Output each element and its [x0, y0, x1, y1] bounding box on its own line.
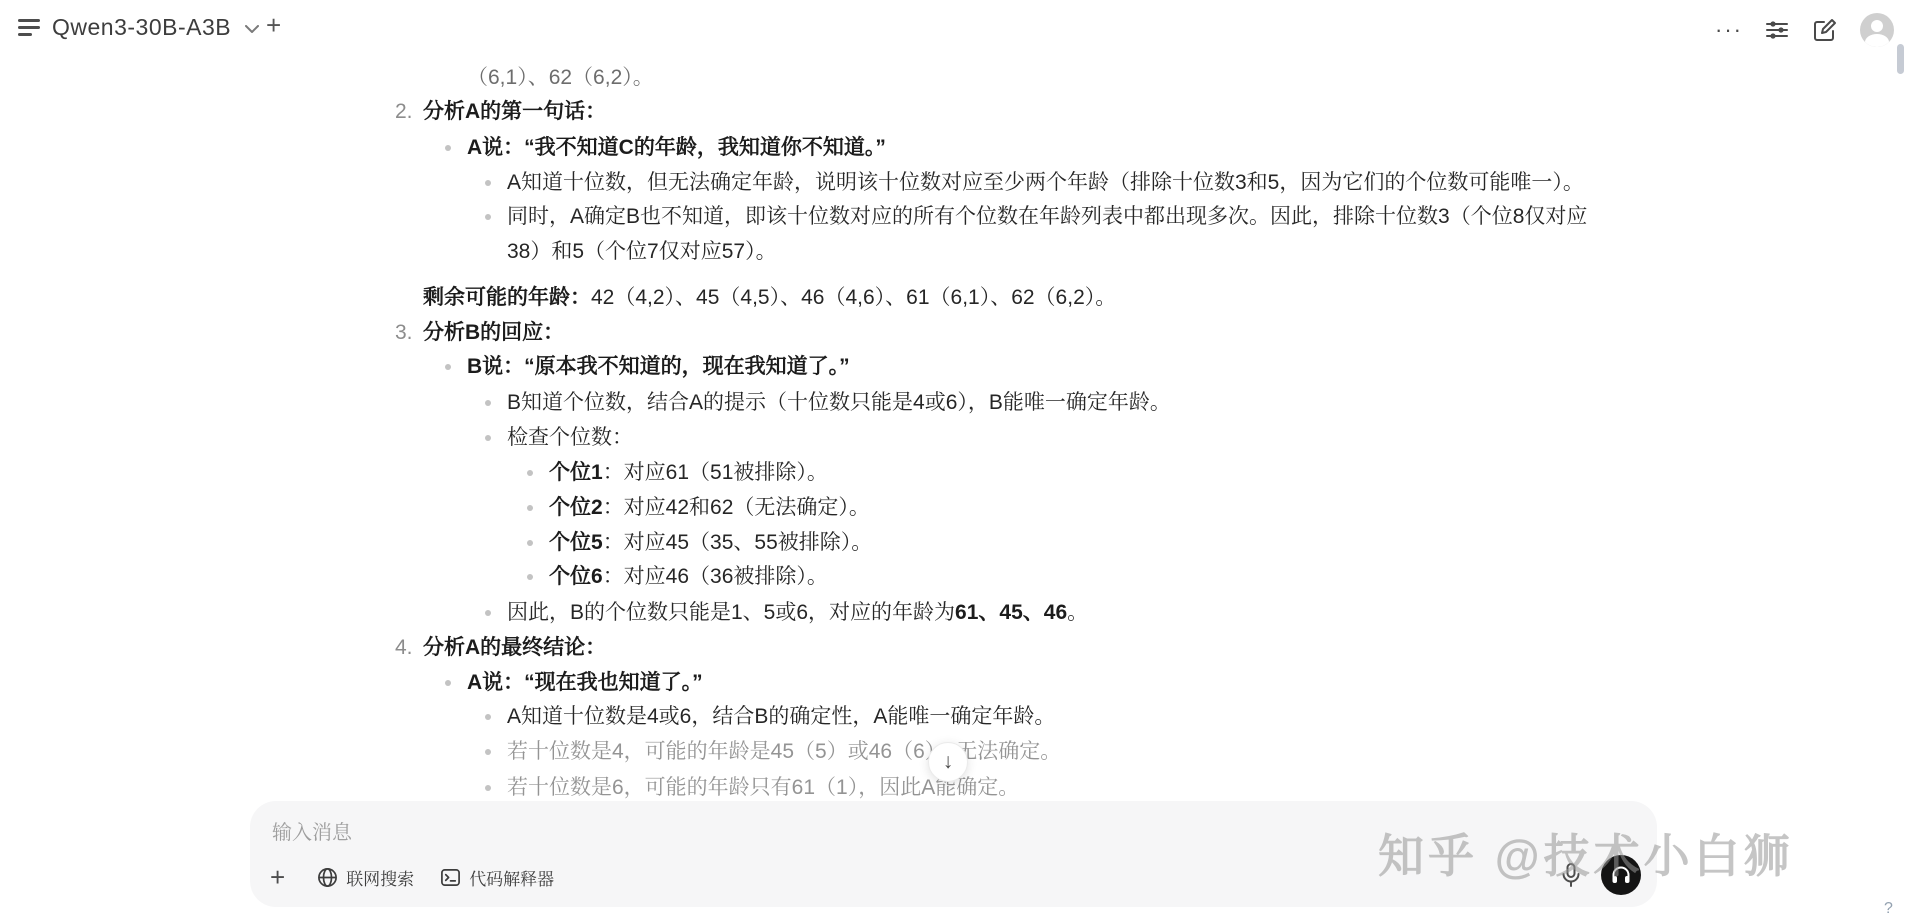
chat-transcript: 35（3,5）、36（3,6）、38（3,8）、42（4,2）、45（4,5）、… [0, 0, 1906, 922]
scrollbar-thumb[interactable] [1897, 44, 1904, 74]
web-search-button[interactable]: 联网搜索 [317, 865, 414, 890]
list-number: 4. [395, 630, 423, 665]
b-conclusion: 因此，B的个位数只能是1、5或6，对应的年龄为61、45、46。 [507, 595, 1088, 630]
digit-case-2: 个位2：对应42和62（无法确定）。 [549, 490, 870, 525]
zhihu-watermark: 知乎 @技术小白狮 [1378, 820, 1794, 886]
list-item-4-heading: 4.分析A的最终结论： [395, 630, 606, 665]
analysis-line: 同时，A确定B也不知道，即该十位数对应的所有个位数在年龄列表中都出现多次。因此，… [507, 199, 1587, 234]
remaining-ages: 剩余可能的年龄：42（4,2）、45（4,5）、46（4,6）、61（6,1）、… [423, 280, 1116, 315]
new-chat-button[interactable]: + [266, 10, 281, 41]
avatar-person-icon [1871, 20, 1883, 32]
help-hint: ? [1884, 900, 1893, 918]
globe-icon [317, 867, 338, 888]
analysis-line: 38）和5（个位7仅对应57）。 [507, 234, 777, 269]
code-interpreter-label: 代码解释器 [469, 865, 554, 890]
digit-case-5: 个位5：对应45（35、55被排除）。 [549, 525, 872, 560]
sidebar-toggle-icon[interactable] [16, 15, 42, 41]
message-input[interactable] [272, 815, 1372, 851]
analysis-line: 检查个位数： [507, 420, 633, 455]
list-item-2-heading: 2.分析A的第一句话： [395, 94, 606, 129]
digit-case-6: 个位6：对应46（36被排除）。 [549, 559, 828, 594]
assistant-text-line: （6,1）、62（6,2）。 [467, 60, 654, 95]
analysis-line: A知道十位数，但无法确定年龄，说明该十位数对应至少两个年龄（排除十位数3和5，因… [507, 165, 1584, 200]
scroll-to-bottom-button[interactable]: ↓ [928, 742, 968, 782]
quote-b: B说：“原本我不知道的，现在我知道了。” [467, 349, 850, 384]
digit-case-1: 个位1：对应61（51被排除）。 [549, 455, 828, 490]
analysis-line: A知道十位数是4或6，结合B的确定性，A能唯一确定年龄。 [507, 699, 1055, 734]
settings-sliders-icon[interactable] [1764, 17, 1790, 43]
more-options-button[interactable]: ··· [1716, 17, 1742, 43]
model-selector[interactable]: Qwen3-30B-A3B [52, 14, 259, 41]
chevron-down-icon [245, 25, 259, 34]
arrow-down-icon: ↓ [943, 750, 954, 774]
analysis-line: 若十位数是4，可能的年龄是45（5）或46（6），无法确定。 [507, 734, 1061, 769]
user-avatar[interactable] [1860, 13, 1894, 47]
analysis-line: B知道个位数，结合A的提示（十位数只能是4或6），B能唯一确定年龄。 [507, 385, 1171, 420]
top-bar: Qwen3-30B-A3B + ··· [0, 0, 1906, 60]
new-conversation-edit-icon[interactable] [1812, 17, 1838, 43]
list-number: 2. [395, 94, 423, 129]
list-number: 3. [395, 315, 423, 350]
list-item-3-heading: 3.分析B的回应： [395, 315, 564, 350]
quote-a-final: A说：“现在我也知道了。” [467, 665, 703, 700]
quote-a-first: A说：“我不知道C的年龄，我知道你不知道。” [467, 130, 886, 165]
code-terminal-icon [440, 867, 461, 888]
attach-button[interactable]: + [264, 862, 291, 893]
code-interpreter-button[interactable]: 代码解释器 [440, 865, 554, 890]
model-name: Qwen3-30B-A3B [52, 14, 231, 41]
web-search-label: 联网搜索 [346, 865, 414, 890]
